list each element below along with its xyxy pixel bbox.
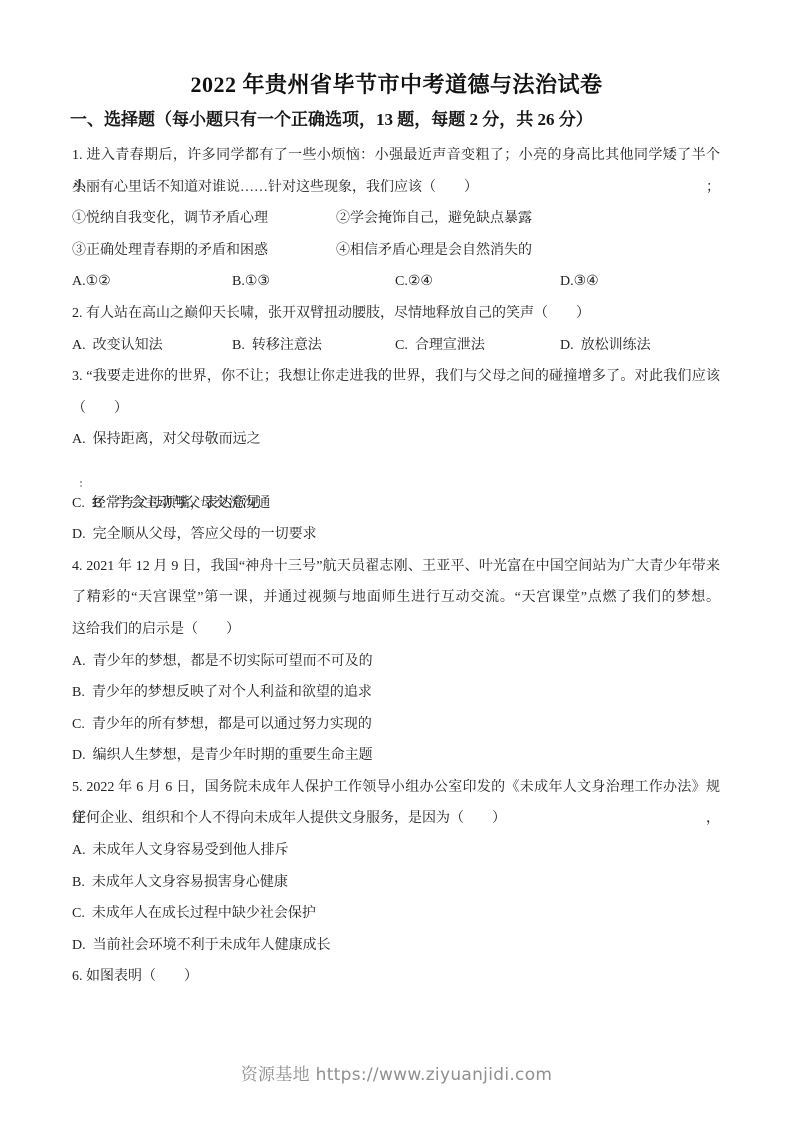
scan-artifact-mark	[80, 481, 82, 483]
question-5-option-d: D. 当前社会环境不利于未成年人健康成长	[72, 930, 720, 962]
question-2-stem: 2. 有人站在高山之巅仰天长啸，张开双臂扭动腰肢，尽情地释放自己的笑声（ ）	[72, 298, 720, 330]
question-1-stem-line-1: 1. 进入青春期后，许多同学都有了一些小烦恼：小强最近声音变粗了；小亮的身高比其…	[72, 140, 720, 172]
question-1-options-row: A.①② B.①③ C.②④ D.③④	[72, 266, 720, 298]
question-1-option-d: D.③④	[560, 266, 599, 298]
question-2-option-b: B. 转移注意法	[232, 330, 322, 362]
question-1-suboption-3: ③正确处理青春期的矛盾和困惑	[72, 235, 268, 267]
question-2-options-row: A. 改变认知法 B. 转移注意法 C. 合理宣泄法 D. 放松训练法	[72, 330, 720, 362]
question-2-option-d: D. 放松训练法	[560, 330, 651, 362]
question-5-option-c: C. 未成年人在成长过程中缺少社会保护	[72, 898, 720, 930]
question-2-option-a: A. 改变认知法	[72, 330, 163, 362]
question-1-suboption-4: ④相信矛盾心理是会自然消失的	[336, 235, 532, 267]
question-5-option-b: B. 未成年人文身容易损害身心健康	[72, 867, 720, 899]
question-3-stem-line-1: 3. “我要走进你的世界，你不让；我想让你走进我的世界，我们与父母之间的碰撞增多…	[72, 361, 720, 393]
questions-area: 1. 进入青春期后，许多同学都有了一些小烦恼：小强最近声音变粗了；小亮的身高比其…	[72, 140, 720, 993]
question-1-option-b: B.①③	[232, 266, 270, 298]
question-3-option-b-text: B 学会主动与父母交流沟通	[93, 496, 270, 511]
question-4-stem-line-3: 这给我们的启示是（ ）	[72, 614, 720, 646]
question-5-option-a: A. 未成年人文身容易受到他人排斥	[72, 835, 720, 867]
question-5-stem-line-1: 5. 2022 年 6 月 6 日，国务院未成年人保护工作领导小组办公室印发的《…	[72, 772, 720, 804]
question-4-option-c: C. 青少年的所有梦想，都是可以通过努力实现的	[72, 709, 720, 741]
question-3-option-d: D. 完全顺从父母，答应父母的一切要求	[72, 519, 720, 551]
question-4-option-b: B. 青少年的梦想反映了对个人利益和欲望的追求	[72, 677, 720, 709]
footer-text: 资源基地 https://www.ziyuanjidi.com	[241, 1065, 553, 1085]
exam-paper-page: 2022 年贵州省毕节市中考道德与法治试卷 一、选择题（每小题只有一个正确选项，…	[0, 0, 793, 1122]
question-1-suboption-2: ②学会掩饰自己，避免缺点暴露	[336, 203, 532, 235]
footer-watermark: 资源基地 https://www.ziyuanjidi.com	[0, 1062, 793, 1089]
question-3-option-b: B 学会主动与父母交流沟通	[72, 456, 720, 488]
question-1-option-c: C.②④	[395, 266, 433, 298]
question-4-stem-line-1: 4. 2021 年 12 月 9 日，我国“神舟十三号”航天员翟志刚、王亚平、叶…	[72, 551, 720, 583]
question-2-option-c: C. 合理宣泄法	[395, 330, 485, 362]
question-3-option-a: A. 保持距离，对父母敬而远之	[72, 424, 720, 456]
question-1-suboptions-row-1: ①悦纳自我变化，调节矛盾心理 ②学会掩饰自己，避免缺点暴露	[72, 203, 720, 235]
question-1-suboption-1: ①悦纳自我变化，调节矛盾心理	[72, 203, 268, 235]
question-4-option-d: D. 编织人生梦想，是青少年时期的重要生命主题	[72, 740, 720, 772]
question-6-stem: 6. 如图表明（ ）	[72, 961, 720, 993]
section-heading: 一、选择题（每小题只有一个正确选项，13 题，每题 2 分，共 26 分）	[70, 106, 746, 134]
question-4-stem-line-2: 了精彩的“天宫课堂”第一课，并通过视频与地面师生进行互动交流。“天宫课堂”点燃了…	[72, 582, 720, 614]
question-1-suboptions-row-2: ③正确处理青春期的矛盾和困惑 ④相信矛盾心理是会自然消失的	[72, 235, 720, 267]
page-title: 2022 年贵州省毕节市中考道德与法治试卷	[0, 68, 793, 102]
question-3-stem-line-2: （ ）	[72, 393, 720, 425]
question-4-option-a: A. 青少年的梦想，都是不切实际可望而不可及的	[72, 646, 720, 678]
question-1-option-a: A.①②	[72, 266, 111, 298]
